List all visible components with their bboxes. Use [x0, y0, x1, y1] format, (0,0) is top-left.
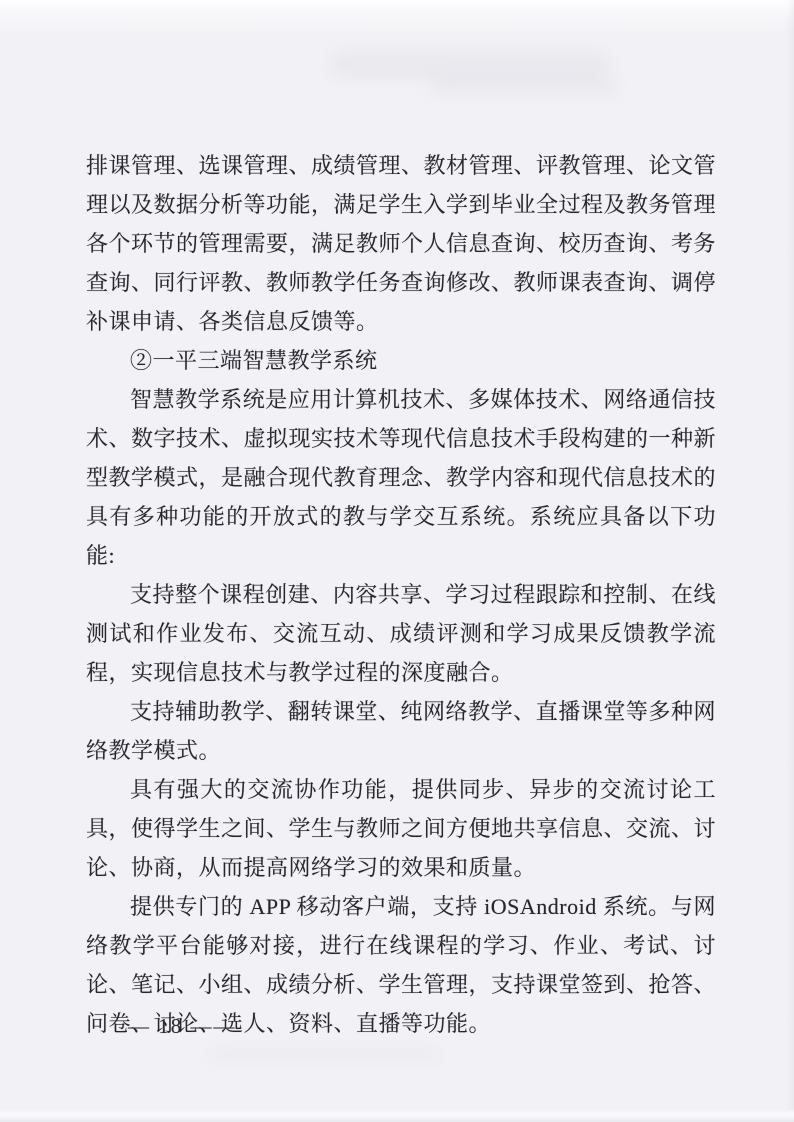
scan-top-band	[0, 0, 794, 34]
scan-bottom-band	[0, 1110, 794, 1122]
scanned-document-page: { "document": { "language": "zh-CN", "pa…	[0, 0, 794, 1122]
scan-bleedthrough-smudge	[210, 1048, 440, 1062]
scan-right-edge	[786, 0, 794, 1122]
document-content: 排课管理、选课管理、成绩管理、教材管理、评教管理、论文管理以及数据分析等功能，满…	[86, 146, 716, 1043]
paragraph-system-intro: 智慧教学系统是应用计算机技术、多媒体技术、网络通信技术、数字技术、虚拟现实技术等…	[86, 380, 716, 575]
paragraph-collaboration: 具有强大的交流协作功能，提供同步、异步的交流讨论工具，使得学生之间、学生与教师之…	[86, 770, 716, 887]
paragraph-teaching-modes: 支持辅助教学、翻转课堂、纯网络教学、直播课堂等多种网络教学模式。	[86, 692, 716, 770]
paragraph-continuation: 排课管理、选课管理、成绩管理、教材管理、评教管理、论文管理以及数据分析等功能，满…	[86, 146, 716, 341]
scan-bleedthrough-smudge	[330, 52, 610, 78]
paragraph-section-heading: ②一平三端智慧教学系统	[86, 341, 716, 380]
page-number: — 18 ——	[128, 1014, 237, 1039]
paragraph-course-functions: 支持整个课程创建、内容共享、学习过程跟踪和控制、在线测试和作业发布、交流互动、成…	[86, 575, 716, 692]
scan-bleedthrough-smudge	[430, 78, 620, 96]
